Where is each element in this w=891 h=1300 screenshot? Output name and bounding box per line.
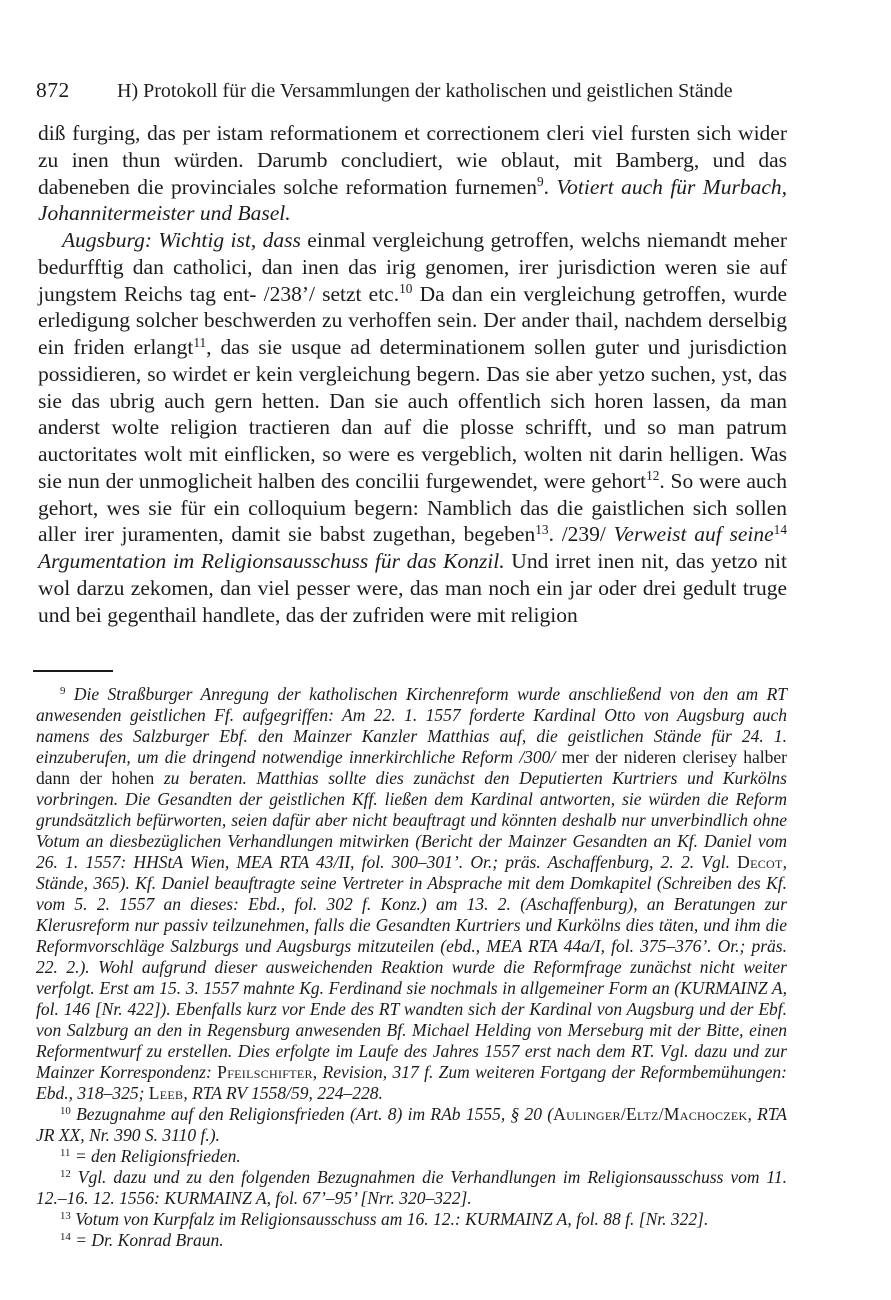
footnotes-block: 9 Die Straßburger Anregung der katholisc… (36, 684, 787, 1251)
footnote-marker: 9 (537, 174, 544, 189)
text-segment: Aulinger/Eltz/Machoczek (553, 1104, 747, 1124)
text-segment: . /239/ (549, 522, 614, 546)
footnote-separator-rule (33, 670, 113, 672)
text-segment: Leeb (149, 1083, 184, 1103)
text-segment: = den Religionsfrieden. (70, 1146, 240, 1166)
footnote-11: 11 = den Religionsfrieden. (36, 1146, 787, 1167)
text-segment: Votum von Kurpfalz im Religionsausschuss… (71, 1209, 709, 1229)
footnote-marker: 11 (60, 1147, 70, 1159)
footnote-marker: 14 (774, 522, 787, 537)
footnote-marker: 12 (646, 468, 659, 483)
text-segment: . (544, 175, 557, 199)
footnote-marker: 13 (60, 1210, 71, 1222)
text-segment: , Stände, 365). Kf. Daniel beauftragte s… (36, 852, 787, 1082)
footnote-marker: 14 (60, 1231, 71, 1243)
page-header: 872H) Protokoll für die Versammlungen de… (36, 78, 787, 103)
body-paragraph-2: Augsburg: Wichtig ist, dass einmal vergl… (38, 227, 787, 628)
page-number: 872 (36, 78, 117, 103)
footnote-12: 12 Vgl. dazu und zu den folgenden Bezugn… (36, 1167, 787, 1209)
footnote-marker: 11 (193, 335, 206, 350)
main-text-block: diß furging, das per istam reformationem… (38, 120, 787, 628)
footnote-14: 14 = Dr. Konrad Braun. (36, 1230, 787, 1251)
body-paragraph-1: diß furging, das per istam reformationem… (38, 120, 787, 227)
text-segment: Augsburg: Wichtig ist, dass (62, 228, 301, 252)
footnote-10: 10 Bezugnahme auf den Religionsfrieden (… (36, 1104, 787, 1146)
book-page: 872H) Protokoll für die Versammlungen de… (0, 0, 891, 1300)
footnote-13: 13 Votum von Kurpfalz im Religionsaussch… (36, 1209, 787, 1230)
footnote-marker: 12 (60, 1168, 71, 1180)
text-segment: , RTA RV 1558/59, 224–228. (183, 1083, 382, 1103)
text-segment: Pfeilschifter (217, 1062, 313, 1082)
text-segment: Verweist auf seine (614, 522, 774, 546)
text-segment: Vgl. dazu und zu den folgenden Bezugnahm… (36, 1167, 787, 1208)
footnote-9: 9 Die Straßburger Anregung der katholisc… (36, 684, 787, 1104)
text-segment: = Dr. Konrad Braun. (71, 1230, 224, 1250)
footnote-marker: 10 (60, 1105, 71, 1117)
text-segment: Bezugnahme auf den Religionsfrieden (Art… (71, 1104, 553, 1124)
text-segment: Decot (737, 852, 782, 872)
text-segment: Argumentation im Religionsausschuss für … (38, 549, 505, 573)
running-title: H) Protokoll für die Versammlungen der k… (117, 80, 733, 102)
footnote-marker: 13 (535, 522, 548, 537)
footnote-marker: 10 (399, 281, 412, 296)
footnote-marker: 9 (60, 685, 65, 697)
